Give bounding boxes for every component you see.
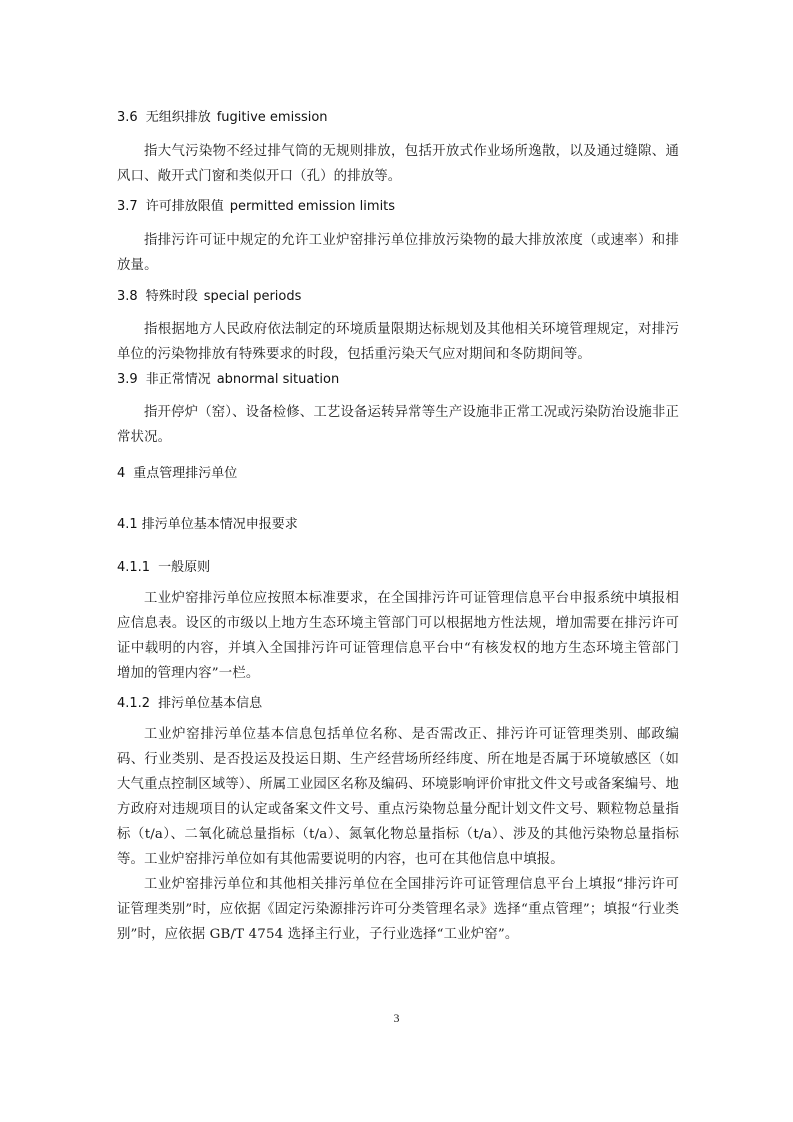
page-number: 3 bbox=[0, 1011, 793, 1026]
section-heading-3-8: 3.8特殊时段special periods bbox=[117, 289, 301, 305]
document-page: 3.6无组织排放fugitive emission 指大气污染物不经过排气筒的无… bbox=[0, 0, 793, 1122]
paragraph: 工业炉窑排污单位和其他相关排污单位在全国排污许可证管理信息平台上填报“排污许可证… bbox=[117, 872, 679, 947]
section-heading-3-9: 3.9非正常情况abnormal situation bbox=[117, 372, 339, 388]
paragraph: 指根据地方人民政府依法制定的环境质量限期达标规划及其他相关环境管理规定，对排污单… bbox=[117, 317, 679, 367]
section-title: 特殊时段 bbox=[146, 289, 198, 304]
section-heading-4-1-2: 4.1.2排污单位基本信息 bbox=[117, 696, 262, 712]
section-title-en: abnormal situation bbox=[217, 372, 340, 387]
section-title-en: fugitive emission bbox=[217, 110, 328, 125]
section-title: 排污单位基本信息 bbox=[158, 696, 262, 711]
paragraph: 指排污许可证中规定的允许工业炉窑排污单位排放污染物的最大排放浓度（或速率）和排放… bbox=[117, 228, 679, 278]
section-title: 无组织排放 bbox=[146, 110, 211, 125]
section-heading-4: 4重点管理排污单位 bbox=[117, 466, 237, 482]
section-number: 4 bbox=[117, 466, 125, 481]
paragraph: 指开停炉（窑）、设备检修、工艺设备运转异常等生产设施非正常工况或污染防治设施非正… bbox=[117, 400, 679, 450]
section-title: 非正常情况 bbox=[146, 372, 211, 387]
section-title: 许可排放限值 bbox=[146, 199, 224, 214]
paragraph: 指大气污染物不经过排气筒的无规则排放，包括开放式作业场所逸散，以及通过缝隙、通风… bbox=[117, 139, 679, 189]
section-number: 3.6 bbox=[117, 110, 138, 125]
section-heading-4-1: 4.1排污单位基本情况申报要求 bbox=[117, 517, 298, 533]
section-title: 重点管理排污单位 bbox=[133, 466, 237, 481]
section-number: 4.1.1 bbox=[117, 560, 150, 575]
section-heading-3-7: 3.7许可排放限值permitted emission limits bbox=[117, 199, 395, 215]
section-number: 3.7 bbox=[117, 199, 138, 214]
section-heading-4-1-1: 4.1.1一般原则 bbox=[117, 560, 210, 576]
section-title: 一般原则 bbox=[158, 560, 210, 575]
section-number: 4.1.2 bbox=[117, 696, 150, 711]
section-title-en: special periods bbox=[204, 289, 302, 304]
section-number: 3.8 bbox=[117, 289, 138, 304]
section-number: 3.9 bbox=[117, 372, 138, 387]
section-number: 4.1 bbox=[117, 517, 138, 532]
section-heading-3-6: 3.6无组织排放fugitive emission bbox=[117, 110, 328, 126]
section-title-en: permitted emission limits bbox=[230, 199, 395, 214]
paragraph: 工业炉窑排污单位应按照本标准要求，在全国排污许可证管理信息平台申报系统中填报相应… bbox=[117, 586, 679, 686]
paragraph: 工业炉窑排污单位基本信息包括单位名称、是否需改正、排污许可证管理类别、邮政编码、… bbox=[117, 722, 679, 872]
section-title: 排污单位基本情况申报要求 bbox=[142, 517, 298, 532]
